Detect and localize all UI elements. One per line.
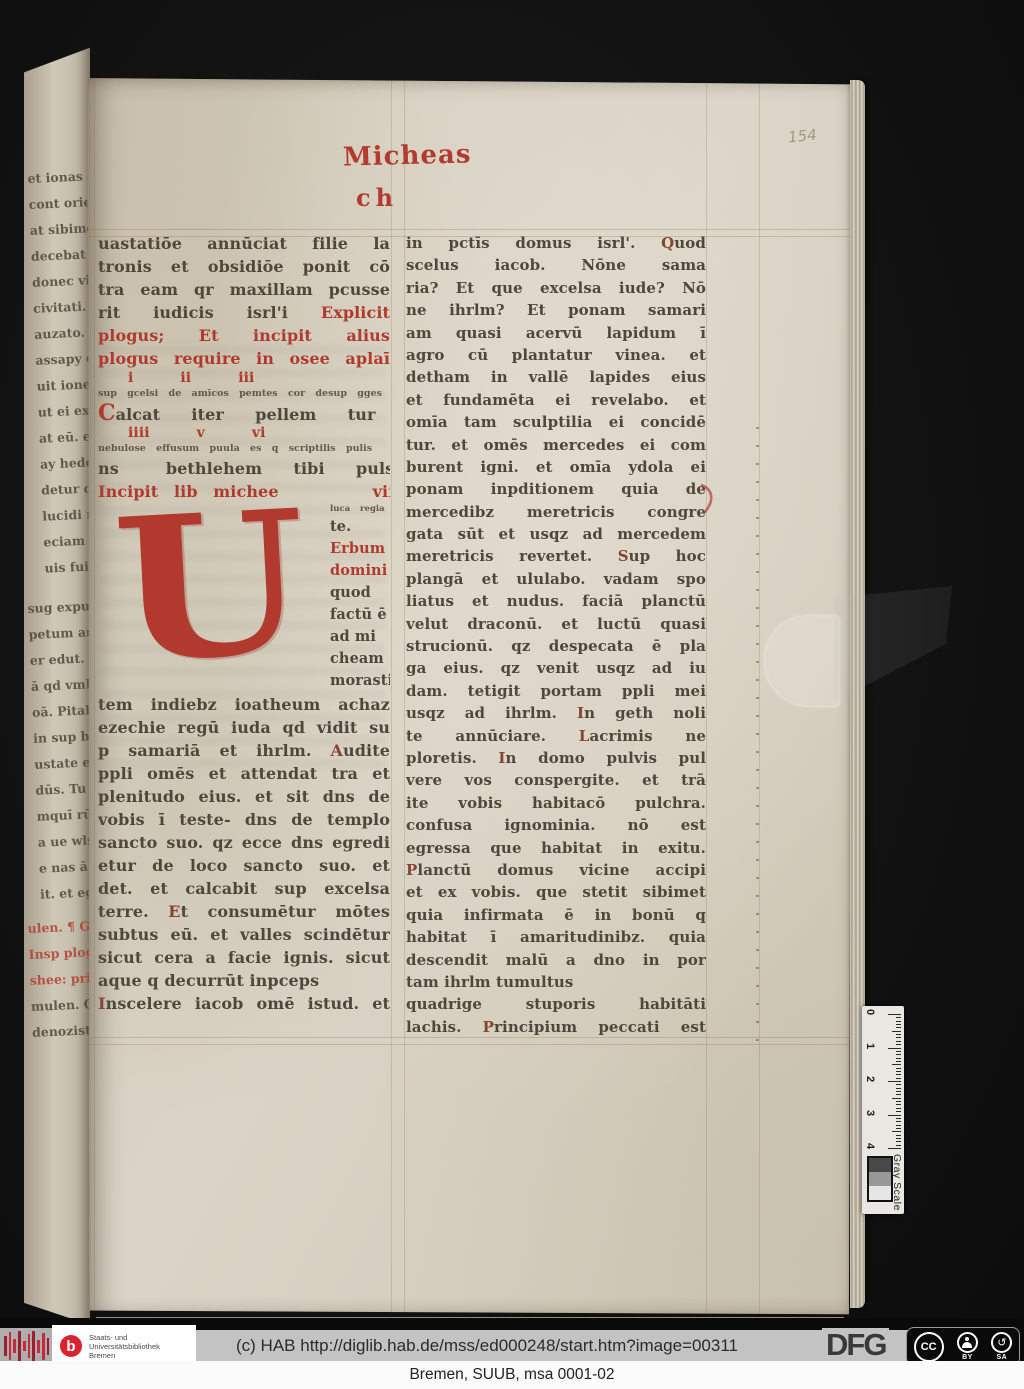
manuscript-line: agro cū plantatur vinea. et xyxy=(406,344,706,366)
prick-marks xyxy=(756,427,759,1041)
library-name-line: Bremen xyxy=(89,1351,160,1360)
manuscript-line: plogus require in osee aplaī xyxy=(98,347,390,370)
manuscript-line: te. xyxy=(330,516,390,538)
cc-by-label: BY xyxy=(962,1354,973,1361)
manuscript-line: Inscelere iacob omē istud. et xyxy=(98,992,390,1015)
text-run: ria? Et que excelsa iude? Nō xyxy=(406,279,706,297)
text-run: ite vobis habitacō pulchra. xyxy=(406,794,706,812)
text-run: t consumētur mōtes xyxy=(181,902,390,921)
ruler-number: 2 xyxy=(864,1076,876,1088)
text-run: plogus require in osee aplaī xyxy=(98,349,390,368)
text-run: tur. et omēs mercedes ei com xyxy=(406,436,706,454)
text-run: egressa que habitat in exitu. xyxy=(406,839,706,857)
text-run: i ii iii xyxy=(128,370,254,386)
text-run: alcat iter pellem tur xyxy=(116,405,376,424)
manuscript-line: gata sūt et usqz ad mercedem xyxy=(406,523,706,545)
text-run: det. et calcabit sup excelsa xyxy=(98,879,390,898)
ruling-line xyxy=(88,229,852,230)
previous-page-edge: et ionas de nicont orientē ciat sibimet … xyxy=(24,36,90,1334)
ruler-tick xyxy=(896,1054,901,1055)
manuscript-line: vobis ī teste- dns de templo xyxy=(98,808,390,831)
manuscript-line: am quasi acervū lapidum ī xyxy=(406,322,706,344)
gray-scale-ruler: Gray Scale 01234 xyxy=(862,1006,904,1214)
text-run: Explicit xyxy=(321,303,390,322)
ruler-number: 4 xyxy=(864,1143,876,1155)
prev-page-fragment: sug expur dnō xyxy=(27,593,98,622)
text-run: L xyxy=(579,727,590,745)
text-column-right: in pctīs domus isrl'. Quodscelus iacob. … xyxy=(406,232,706,1046)
text-run: shee: pri xyxy=(29,970,91,988)
text-run: C xyxy=(98,402,116,425)
ruler-tick xyxy=(896,1021,901,1022)
manuscript-line: terre. Et consumētur mōtes xyxy=(98,900,390,923)
manuscript-line: in pctīs domus isrl'. Quod xyxy=(406,232,706,254)
ruler-tick xyxy=(896,1135,901,1136)
ruler-tick xyxy=(896,1084,901,1085)
manuscript-line: tem indiebz ioatheum achaz xyxy=(98,693,390,716)
gray-swatch xyxy=(869,1172,891,1186)
manuscript-line: velut draconū. et luctū quasi xyxy=(406,613,706,635)
text-run: I xyxy=(498,749,505,767)
gray-swatches xyxy=(867,1156,893,1202)
ruler-tick xyxy=(896,1121,901,1122)
text-run: E xyxy=(168,902,180,921)
manuscript-line: mercedibz meretricis congre xyxy=(406,501,706,523)
manuscript-line: uastatiōe annūciat filie la xyxy=(98,232,390,255)
text-run: udite xyxy=(343,741,390,760)
manuscript-line: te annūciare. Lacrimis ne xyxy=(406,725,706,747)
text-run: gata sūt et usqz ad mercedem xyxy=(406,525,706,543)
text-run: aque q decurrūt inpceps xyxy=(98,971,319,990)
folio-number: 154 xyxy=(787,126,817,147)
running-title: Micheas xyxy=(343,139,472,172)
ruler-tick xyxy=(896,1061,901,1062)
text-run: I xyxy=(98,994,106,1013)
text-run: domini xyxy=(330,562,387,579)
manuscript-line: luca regia xyxy=(330,503,390,516)
text-run: S xyxy=(618,547,629,565)
logo-bar xyxy=(32,1331,35,1361)
text-run: ns bethlehem tibi puls xyxy=(98,459,390,478)
text-run: luca regia xyxy=(330,504,385,514)
ruler-tick xyxy=(896,1027,901,1028)
logo-bar xyxy=(9,1332,11,1360)
ruler-tick xyxy=(892,1098,901,1099)
text-run: liatus et nudus. faciā planctū xyxy=(406,592,706,610)
text-run: meretricis revertet. xyxy=(406,547,618,565)
text-run: ploretis. xyxy=(406,749,498,767)
text-run: rit iudicis isrl'i xyxy=(98,303,321,322)
ruler-tick xyxy=(896,1125,901,1126)
ruler-tick xyxy=(896,1091,901,1092)
prev-page-fragment: Insp plog9 ul xyxy=(28,939,99,968)
manuscript-line: usqz ad ihrlm. In geth noli xyxy=(406,702,706,724)
text-run: sancto suo. qz ecce dns egredi xyxy=(98,833,390,852)
ruler-tick xyxy=(896,1094,901,1095)
manuscript-line: confusa ignominia. nō est xyxy=(406,814,706,836)
manuscript-line: tra eam qr maxillam pcusse xyxy=(98,278,390,301)
text-run: p samariā et ihrlm. xyxy=(98,741,331,760)
text-run: nscelere iacob omē istud. et xyxy=(106,994,390,1013)
text-run: tem indiebz ioatheum achaz xyxy=(98,695,390,714)
ruler-tick xyxy=(896,1051,901,1052)
manuscript-line: descendit malū a dno in por xyxy=(406,949,706,971)
ruler-tick xyxy=(896,1044,901,1045)
manuscript-line: plenitudo eius. et sit dns de xyxy=(98,785,390,808)
ruler-tick xyxy=(896,1078,901,1079)
ruler-tick xyxy=(896,1037,901,1038)
text-run: uastatiōe annūciat filie la xyxy=(98,234,390,253)
text-run: sup gcelsi de amīcos pemtes cor desup gg… xyxy=(98,388,382,399)
cc-icon: CC xyxy=(914,1332,944,1362)
manuscript-line: lachis. Principium peccati est xyxy=(406,1016,706,1038)
library-name: Staats- und Universitätsbibliothek Breme… xyxy=(89,1333,160,1360)
manuscript-line: burent igni. et omīa ydola ei xyxy=(406,456,706,478)
manuscript-line: omīa tam sculptilia ei concidē xyxy=(406,411,706,433)
manuscript-line: et fundamēta ei revelabo. et xyxy=(406,389,706,411)
text-run: tam ihrlm tumultus xyxy=(406,973,573,991)
text-run: terre. xyxy=(98,902,168,921)
text-run: vere vos conspergite. et trā xyxy=(406,771,706,789)
text-run: P xyxy=(406,861,417,879)
text-run: A xyxy=(331,741,344,760)
text-run: lanctū domus vicine accipi xyxy=(417,861,706,879)
gray-swatch xyxy=(869,1158,891,1172)
text-run: tronis et obsidiōe ponit cō xyxy=(98,257,390,276)
manuscript-line: Incipit lib michee vii xyxy=(98,480,390,503)
manuscript-line: ploretis. In domo pulvis pul xyxy=(406,747,706,769)
text-run: habitat ī amaritudinibz. quia xyxy=(406,928,706,946)
ruler-tick xyxy=(896,1101,901,1102)
ruling-line xyxy=(706,75,707,1318)
manuscript-line: dam. tetigit portam ppli mei xyxy=(406,680,706,702)
ruling-line xyxy=(94,75,95,1318)
library-name-line: Staats- und xyxy=(89,1333,160,1342)
ruling-line xyxy=(404,75,405,1318)
ruler-tick xyxy=(892,1131,901,1132)
ruler-tick xyxy=(888,1148,901,1149)
ruler-number: 1 xyxy=(864,1043,876,1055)
copyright-text: (c) HAB http://diglib.hab.de/mss/ed00024… xyxy=(196,1336,908,1356)
manuscript-line: quia infirmata ē in bonū q xyxy=(406,904,706,926)
manuscript-line: ppli omēs et attendat tra et xyxy=(98,762,390,785)
shelfmark-text: Bremen, SUUB, msa 0001-02 xyxy=(409,1366,614,1384)
manuscript-line: i ii iii xyxy=(98,370,390,387)
text-run: acrimis ne xyxy=(589,727,706,745)
text-run: ne ihrlm? Et ponam samari xyxy=(406,301,706,319)
manuscript-line: rit iudicis isrl'i Explicit xyxy=(98,301,390,324)
cc-by-person-icon xyxy=(957,1332,978,1353)
ruler-tick xyxy=(888,1048,901,1049)
text-run: burent igni. et omīa ydola ei xyxy=(406,458,706,476)
text-run: strucionū. qz despecata ē pla xyxy=(406,637,706,655)
manuscript-line: aque q decurrūt inpceps xyxy=(98,969,390,992)
text-run: ezechie regū iuda qd vidit su xyxy=(98,718,390,737)
ruler-tick xyxy=(896,1111,901,1112)
logo-bar xyxy=(37,1340,40,1353)
ruler-number: 3 xyxy=(864,1110,876,1122)
manuscript-line: vere vos conspergite. et trā xyxy=(406,769,706,791)
manuscript-line: subtus eū. et valles scindētur xyxy=(98,923,390,946)
cc-sa-label: SA xyxy=(996,1354,1007,1361)
ruling-line xyxy=(759,75,760,1318)
text-run: Incipit lib michee vii xyxy=(98,482,390,501)
manuscript-line: egressa que habitat in exitu. xyxy=(406,837,706,859)
text-run: quia infirmata ē in bonū q xyxy=(406,906,706,924)
manuscript-line: habitat ī amaritudinibz. quia xyxy=(406,926,706,948)
manuscript-line: liatus et nudus. faciā planctū xyxy=(406,590,706,612)
gray-swatch xyxy=(869,1186,891,1200)
cc-sa-arrow-icon: ↺ xyxy=(991,1332,1012,1353)
ruler-tick xyxy=(892,1064,901,1065)
manuscript-line: Planctū domus vicine accipi xyxy=(406,859,706,881)
text-run: confusa ignominia. nō est xyxy=(406,816,706,834)
ruler-tick xyxy=(896,1024,901,1025)
manuscript-line: quadrige stuporis habitāti xyxy=(406,993,706,1015)
text-run: etur de loco sancto suo. et desce xyxy=(98,856,390,877)
text-run: plogus; Et incipit alius xyxy=(98,326,390,345)
text-run: Erbum xyxy=(330,540,385,557)
text-run: agro cū plantatur vinea. et xyxy=(406,346,706,364)
manuscript-line: Calcat iter pellem tur xyxy=(98,402,390,425)
ruler-tick xyxy=(896,1141,901,1142)
manuscript-line: domini xyxy=(330,560,390,582)
manuscript-line: tur. et omēs mercedes ei com xyxy=(406,434,706,456)
manuscript-line: ga eius. qz venit usqz ad iu xyxy=(406,657,706,679)
cc-sa-group: ↺ SA xyxy=(991,1332,1012,1361)
library-name-line: Universitätsbibliothek xyxy=(89,1342,160,1351)
text-run: iiii v vi xyxy=(128,425,266,441)
ruler-tick xyxy=(896,1145,901,1146)
manuscript-line: quod xyxy=(330,582,390,604)
manuscript-line: scelus iacob. Nōne sama xyxy=(406,254,706,276)
logo-bar xyxy=(13,1339,16,1353)
text-run: plenitudo eius. et sit dns de xyxy=(98,787,390,806)
text-run: up hoc xyxy=(629,547,706,565)
text-run: scelus iacob. Nōne sama xyxy=(406,256,706,274)
bremen-logo-icon: b xyxy=(60,1335,82,1357)
text-run: usqz ad ihrlm. xyxy=(406,704,577,722)
text-run: detham in vallē lapides eius xyxy=(406,368,706,386)
text-run: velut draconū. et luctū quasi xyxy=(406,615,706,633)
text-run: ppli omēs et attendat tra et xyxy=(98,764,390,783)
text-run: et ex vobis. que stetit sibimet xyxy=(406,883,706,901)
text-run: lachis. xyxy=(406,1018,483,1036)
ruler-tick xyxy=(896,1071,901,1072)
text-run: uod xyxy=(674,234,706,252)
ruler-tick xyxy=(888,1115,901,1116)
logo-bar xyxy=(4,1336,7,1356)
ruler-tick xyxy=(896,1017,901,1018)
text-run: descendit malū a dno in por xyxy=(406,951,706,969)
text-run: plangā et ululabo. vadam spo xyxy=(406,570,706,588)
text-run: n domo pulvis pul xyxy=(506,749,706,767)
manuscript-line: sup gcelsi de amīcos pemtes cor desup gg… xyxy=(98,387,390,402)
text-run: P xyxy=(483,1018,494,1036)
library-barcode-logo xyxy=(0,1328,52,1364)
gray-scale-label: Gray Scale xyxy=(891,1154,903,1212)
manuscript-line: iiii v vi xyxy=(98,425,390,442)
manuscript-scan-viewer: et ionas de nicont orientē ciat sibimet … xyxy=(0,0,1024,1389)
manuscript-line: ite vobis habitacō pulchra. xyxy=(406,792,706,814)
logo-bar xyxy=(47,1338,49,1355)
manuscript-line: et ex vobis. que stetit sibimet xyxy=(406,881,706,903)
text-run: quadrige stuporis habitāti xyxy=(406,995,706,1013)
prev-page-fragment: petum annō ū xyxy=(28,619,99,648)
text-run: in pctīs domus isrl'. xyxy=(406,234,661,252)
manuscript-line: sancto suo. qz ecce dns egredi xyxy=(98,831,390,854)
manuscript-line: ns bethlehem tibi puls xyxy=(98,457,390,480)
manuscript-line: det. et calcabit sup excelsa xyxy=(98,877,390,900)
ruler-tick xyxy=(896,1108,901,1109)
text-run: nebulose effusum puula es q scriptilis p… xyxy=(98,443,372,454)
initial-block: Uluca regiate.Erbumdominiquodfactū ēad m… xyxy=(98,503,390,693)
text-run: sicut cera a facie ignis. sicut xyxy=(98,948,390,967)
red-margin-mark xyxy=(698,483,718,515)
manuscript-line: Erbum xyxy=(330,538,390,560)
ruler-tick xyxy=(896,1088,901,1089)
text-run: et fundamēta ei revelabo. et xyxy=(406,391,706,409)
manuscript-line: nebulose effusum puula es q scriptilis p… xyxy=(98,442,390,457)
prev-page-fragment: ulen. ¶ Gplic xyxy=(27,913,98,942)
text-run: ponam inpditionem quia de xyxy=(406,480,706,498)
manuscript-line: plogus; Et incipit alius xyxy=(98,324,390,347)
ruler-tick xyxy=(892,1031,901,1032)
manuscript-line: p samariā et ihrlm. Audite xyxy=(98,739,390,762)
prev-page-fragment: et ionas de ni xyxy=(27,163,98,192)
ruling-line xyxy=(391,75,392,1318)
page-holder-clip xyxy=(764,615,840,707)
ruler-tick xyxy=(896,1074,901,1075)
drop-cap-initial: U xyxy=(98,503,342,693)
ruler-tick xyxy=(896,1138,901,1139)
text-run: mercedibz meretricis congre xyxy=(406,503,706,521)
ruler-tick xyxy=(888,1081,901,1082)
text-run: vobis ī teste- dns de templo xyxy=(98,810,390,829)
manuscript-page: Micheas ch 154 uastatiōe annūciat filie … xyxy=(88,75,852,1318)
manuscript-line: sicut cera a facie ignis. sicut xyxy=(98,946,390,969)
ruler-tick xyxy=(896,1104,901,1105)
manuscript-line: detham in vallē lapides eius xyxy=(406,366,706,388)
copyright-bar: (c) HAB http://diglib.hab.de/mss/ed00024… xyxy=(196,1330,908,1361)
ruler-tick xyxy=(896,1118,901,1119)
logo-bar xyxy=(28,1334,30,1358)
manuscript-line: ezechie regū iuda qd vidit su xyxy=(98,716,390,739)
logo-bar xyxy=(18,1331,21,1361)
ruler-tick xyxy=(888,1014,901,1015)
logo-bar xyxy=(42,1333,45,1360)
cc-by-group: BY xyxy=(957,1332,978,1361)
text-run: n geth noli xyxy=(584,704,706,722)
ruler-number: 0 xyxy=(864,1009,876,1021)
text-column-left: uastatiōe annūciat filie latronis et obs… xyxy=(98,232,390,1044)
text-run: Q xyxy=(661,234,674,252)
ruler-tick xyxy=(896,1041,901,1042)
ruler-tick xyxy=(896,1034,901,1035)
text-run: am quasi acervū lapidum ī xyxy=(406,324,706,342)
ruler-tick xyxy=(896,1068,901,1069)
text-run: te annūciare. xyxy=(406,727,579,745)
manuscript-line: etur de loco sancto suo. et desce xyxy=(98,854,390,877)
ruler-tick xyxy=(896,1058,901,1059)
manuscript-line: strucionū. qz despecata ē pla xyxy=(406,635,706,657)
manuscript-line: ponam inpditionem quia de xyxy=(406,478,706,500)
chapter-mark: ch xyxy=(356,183,398,212)
manuscript-line: tronis et obsidiōe ponit cō xyxy=(98,255,390,278)
text-run: rincipium peccati est xyxy=(494,1018,706,1036)
dfg-logo: DFG xyxy=(822,1328,889,1362)
text-run: dam. tetigit portam ppli mei xyxy=(406,682,706,700)
manuscript-line: ria? Et que excelsa iude? Nō xyxy=(406,277,706,299)
text-run: subtus eū. et valles scindētur xyxy=(98,925,390,944)
shelfmark-bar: Bremen, SUUB, msa 0001-02 xyxy=(0,1361,1024,1389)
ruler-tick xyxy=(896,1128,901,1129)
manuscript-line: plangā et ululabo. vadam spo xyxy=(406,568,706,590)
manuscript-line: meretricis revertet. Sup hoc xyxy=(406,545,706,567)
text-run: tra eam qr maxillam pcusse xyxy=(98,280,390,299)
manuscript-line: tam ihrlm tumultus xyxy=(406,971,706,993)
logo-bar xyxy=(23,1341,26,1351)
manuscript-line: ne ihrlm? Et ponam samari xyxy=(406,299,706,321)
text-run: ga eius. qz venit usqz ad iu xyxy=(406,659,706,677)
text-run: omīa tam sculptilia ei concidē xyxy=(406,413,706,431)
